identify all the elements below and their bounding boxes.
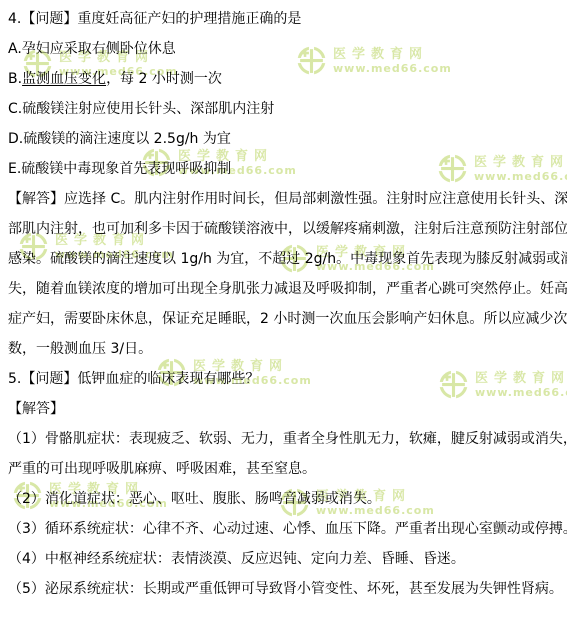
text-line: B.监测血压变化，每 2 小时测一次 [8,64,566,94]
text-segment: A.孕妇应采取右侧卧位休息 [8,41,176,57]
text-segment: B. [8,71,22,87]
text-segment: 部肌内注射，也可加利多卡因于硫酸镁溶液中，以缓解疼痛刺激，注射后注意预防注射部位 [8,221,567,237]
text-line: 4.【问题】重度妊高征产妇的护理措施正确的是 [8,4,566,34]
text-line: 严重的可出现呼吸肌麻痹、呼吸困难，甚至窒息。 [8,454,566,484]
text-segment: 4.【问题】重度妊高征产妇的护理措施正确的是 [8,11,301,27]
text-segment: 数，一般测血压 3/日。 [8,341,152,357]
text-line: （5）泌尿系统症状：长期或严重低钾可导致肾小管变性、坏死，甚至发展为失钾性肾病。 [8,574,566,604]
text-segment: （4）中枢神经系统症状：表情淡漠、反应迟钝、定向力差、昏睡、昏迷。 [8,551,465,567]
text-segment: C.硫酸镁注射应使用长针头、深部肌内注射 [8,101,274,117]
text-segment: （3）循环系统症状：心律不齐、心动过速、心悸、血压下降。严重者出现心室颤动或停搏… [8,521,567,537]
text-line: 部肌内注射，也可加利多卡因于硫酸镁溶液中，以缓解疼痛刺激，注射后注意预防注射部位 [8,214,566,244]
text-segment: ，每 2 小时测一次 [106,71,222,87]
text-segment: 失，随着血镁浓度的增加可出现全身肌张力减退及呼吸抑制，严重者心跳可突然停止。妊高 [8,281,567,297]
text-segment: E.硫酸镁中毒现象首先表现呼吸抑制 [8,161,231,177]
text-segment: 【解答】应选择 C。肌内注射作用时间长，但局部刺激性强。注射时应注意使用长针头、… [8,191,567,207]
text-line: D.硫酸镁的滴注速度以 2.5g/h 为宜 [8,124,566,154]
text-segment: （2）消化道症状：恶心、呕吐、腹胀、肠鸣音减弱或消失。 [8,491,381,507]
text-line: （1）骨骼肌症状：表现疲乏、软弱、无力，重者全身性肌无力，软瘫，腱反射减弱或消失… [8,424,566,454]
text-segment: （5）泌尿系统症状：长期或严重低钾可导致肾小管变性、坏死，甚至发展为失钾性肾病。 [8,581,563,597]
text-line: 感染。硫酸镁的滴注速度以 1g/h 为宜，不超过 2g/h。中毒现象首先表现为膝… [8,244,566,274]
text-line: 【解答】 [8,394,566,424]
text-segment: D.硫酸镁的滴注速度以 2.5g/h 为宜 [8,131,231,147]
text-line: 【解答】应选择 C。肌内注射作用时间长，但局部刺激性强。注射时应注意使用长针头、… [8,184,566,214]
underlined-text: 监测血压变化 [22,71,106,87]
text-line: 5.【问题】低钾血症的临床表现有哪些？ [8,364,566,394]
text-line: 数，一般测血压 3/日。 [8,334,566,364]
text-line: E.硫酸镁中毒现象首先表现呼吸抑制 [8,154,566,184]
text-line: C.硫酸镁注射应使用长针头、深部肌内注射 [8,94,566,124]
text-line: （2）消化道症状：恶心、呕吐、腹胀、肠鸣音减弱或消失。 [8,484,566,514]
text-segment: 5.【问题】低钾血症的临床表现有哪些？ [8,371,259,387]
text-line: （3）循环系统症状：心律不齐、心动过速、心悸、血压下降。严重者出现心室颤动或停搏… [8,514,566,544]
document-text: 4.【问题】重度妊高征产妇的护理措施正确的是A.孕妇应采取右侧卧位休息B.监测血… [8,4,566,604]
text-segment: 症产妇，需要卧床休息，保证充足睡眠，2 小时测一次血压会影响产妇休息。所以应减少… [8,311,567,327]
text-segment: 【解答】 [8,401,64,417]
text-line: 症产妇，需要卧床休息，保证充足睡眠，2 小时测一次血压会影响产妇休息。所以应减少… [8,304,566,334]
text-line: 失，随着血镁浓度的增加可出现全身肌张力减退及呼吸抑制，严重者心跳可突然停止。妊高 [8,274,566,304]
text-segment: （1）骨骼肌症状：表现疲乏、软弱、无力，重者全身性肌无力，软瘫，腱反射减弱或消失… [8,431,567,447]
text-segment: 感染。硫酸镁的滴注速度以 1g/h 为宜，不超过 2g/h。中毒现象首先表现为膝… [8,251,567,267]
document-page: 医学教育网www.med66.com医学教育网www.med66.com医学教育… [0,0,567,625]
text-line: A.孕妇应采取右侧卧位休息 [8,34,566,64]
text-line: （4）中枢神经系统症状：表情淡漠、反应迟钝、定向力差、昏睡、昏迷。 [8,544,566,574]
text-segment: 严重的可出现呼吸肌麻痹、呼吸困难，甚至窒息。 [8,461,316,477]
